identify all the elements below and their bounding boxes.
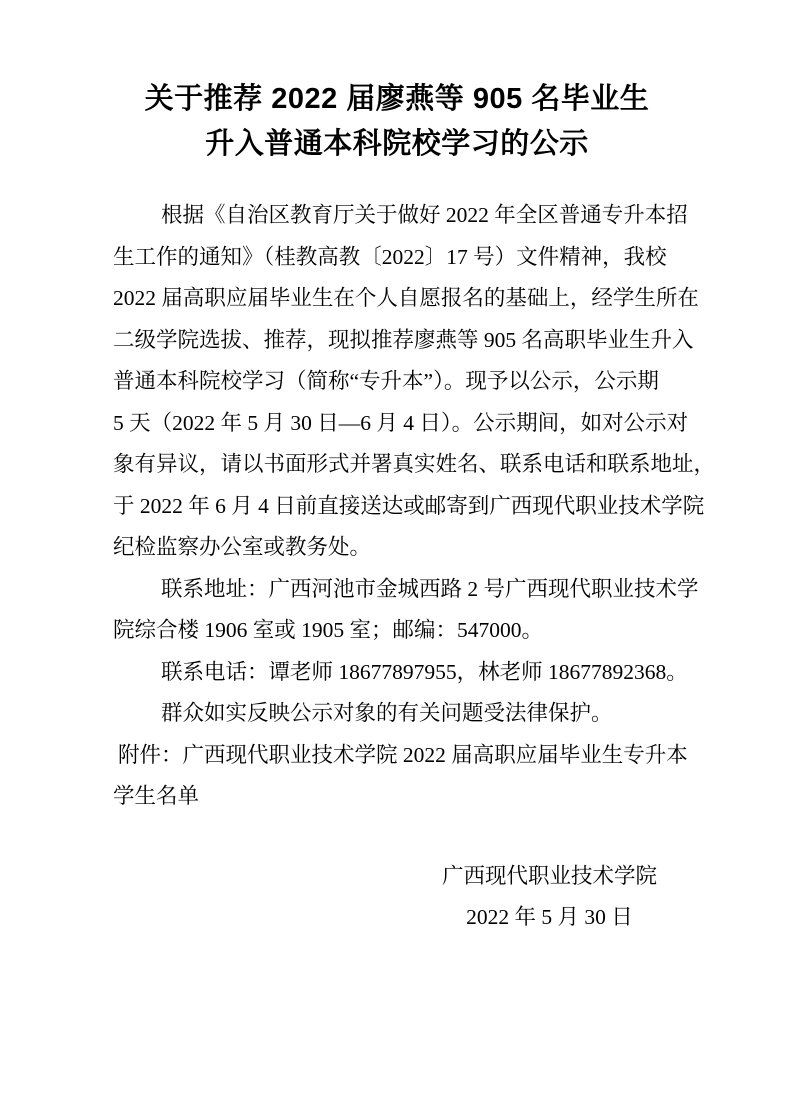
paragraph-contact-address: 联系地址：广西河池市金城西路 2 号广西现代职业技术学 院综合楼 1906 室或… (113, 569, 681, 652)
attachment-line: 学生名单 (113, 776, 681, 818)
document-page: 关于推荐 2022 届廖燕等 905 名毕业生 升入普通本科院校学习的公示 根据… (0, 0, 794, 1108)
body-line: 纪检监察办公室或教务处。 (113, 527, 681, 569)
title-line-1: 关于推荐 2022 届廖燕等 905 名毕业生 (113, 77, 681, 122)
body-line: 5 天（2022 年 5 月 30 日—6 月 4 日）。公示期间，如对公示对 (113, 403, 681, 445)
body-line: 根据《自治区教育厅关于做好 2022 年全区普通专升本招 (113, 195, 681, 237)
signature-block: 广西现代职业技术学院 2022 年 5 月 30 日 (442, 856, 657, 939)
document-title: 关于推荐 2022 届廖燕等 905 名毕业生 升入普通本科院校学习的公示 (113, 77, 681, 167)
legal-note-line: 群众如实反映公示对象的有关问题受法律保护。 (113, 693, 681, 735)
paragraph-contact-phone: 联系电话：谭老师 18677897955，林老师 18677892368。 (113, 652, 681, 694)
signature-org: 广西现代职业技术学院 (442, 856, 657, 898)
document-body: 根据《自治区教育厅关于做好 2022 年全区普通专升本招 生工作的通知》（桂教高… (113, 195, 681, 818)
contact-address-line: 院综合楼 1906 室或 1905 室；邮编：547000。 (113, 610, 681, 652)
body-line: 2022 届高职应届毕业生在个人自愿报名的基础上，经学生所在 (113, 278, 681, 320)
title-line-2: 升入普通本科院校学习的公示 (113, 122, 681, 167)
attachment-line: 附件：广西现代职业技术学院 2022 届高职应届毕业生专升本 (113, 735, 681, 777)
paragraph-main: 根据《自治区教育厅关于做好 2022 年全区普通专升本招 生工作的通知》（桂教高… (113, 195, 681, 569)
body-line: 二级学院选拔、推荐，现拟推荐廖燕等 905 名高职毕业生升入 (113, 320, 681, 362)
body-line: 象有异议，请以书面形式并署真实姓名、联系电话和联系地址， (113, 444, 681, 486)
body-line: 普通本科院校学习（简称“专升本”）。现予以公示，公示期 (113, 361, 681, 403)
contact-phone-line: 联系电话：谭老师 18677897955，林老师 18677892368。 (113, 652, 681, 694)
paragraph-attachment: 附件：广西现代职业技术学院 2022 届高职应届毕业生专升本 学生名单 (113, 735, 681, 818)
body-line: 于 2022 年 6 月 4 日前直接送达或邮寄到广西现代职业技术学院 (113, 486, 681, 528)
contact-address-line: 联系地址：广西河池市金城西路 2 号广西现代职业技术学 (113, 569, 681, 611)
signature-date: 2022 年 5 月 30 日 (442, 897, 657, 939)
body-line: 生工作的通知》（桂教高教〔2022〕17 号）文件精神，我校 (113, 237, 681, 279)
paragraph-legal-note: 群众如实反映公示对象的有关问题受法律保护。 (113, 693, 681, 735)
